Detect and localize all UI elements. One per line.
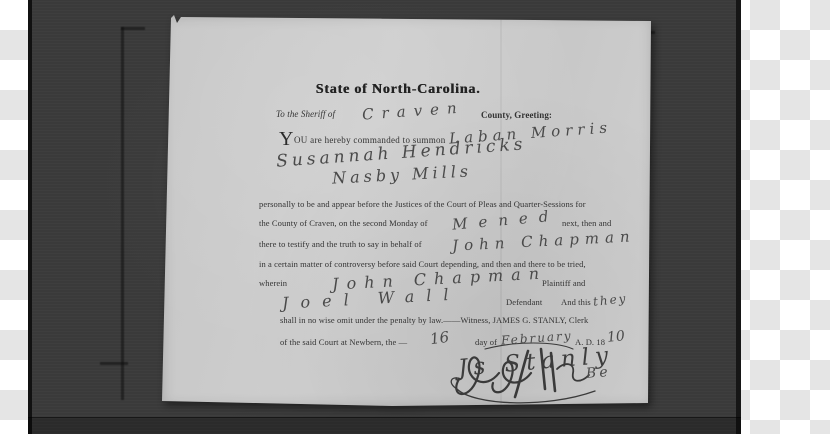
body-line-2-pre: the County of Craven, on the second Mond… — [259, 218, 428, 228]
document-paper: State of North-Carolina. To the Sheriff … — [162, 15, 653, 407]
defendant-name-handwritten: Joel Wall — [282, 284, 461, 312]
body-line-2-post: next, then and — [562, 218, 611, 228]
fold-line-bottom-left — [100, 362, 128, 365]
clerk-signature-suffix: Be — [585, 364, 611, 382]
fold-line-left-vertical — [121, 27, 124, 400]
defendant-label: Defendant — [506, 297, 542, 307]
body-line-5-post: Plaintiff and — [542, 278, 585, 288]
image-canvas: State of North-Carolina. To the Sheriff … — [0, 0, 830, 434]
county-handwritten: Craven — [361, 98, 465, 123]
body-line-8-pre: of the said Court at Newbern, the — — [280, 337, 407, 347]
document-title: State of North-Carolina. — [308, 82, 488, 98]
photo-right-edge — [736, 0, 741, 434]
photo-left-edge — [28, 0, 32, 434]
body-line-3-pre: there to testify and the truth to say in… — [259, 239, 422, 249]
summons-dropcap: Y — [279, 129, 293, 149]
photo-background: State of North-Carolina. To the Sheriff … — [28, 0, 741, 434]
salutation-to: To the Sheriff of — [276, 109, 335, 119]
body-line-6-post: And this — [561, 297, 591, 307]
salutation-greeting: County, Greeting: — [481, 110, 552, 120]
body-line-7: shall in no wise omit under the penalty … — [280, 315, 588, 325]
photo-bottom-shadow-band — [28, 417, 741, 434]
body-line-5-pre: wherein — [259, 278, 287, 288]
they-handwritten: they — [592, 291, 628, 309]
document-paper-wrapper: State of North-Carolina. To the Sheriff … — [162, 15, 653, 407]
fold-line-left-top — [121, 27, 145, 30]
court-month-handwritten: Mened — [451, 206, 560, 233]
